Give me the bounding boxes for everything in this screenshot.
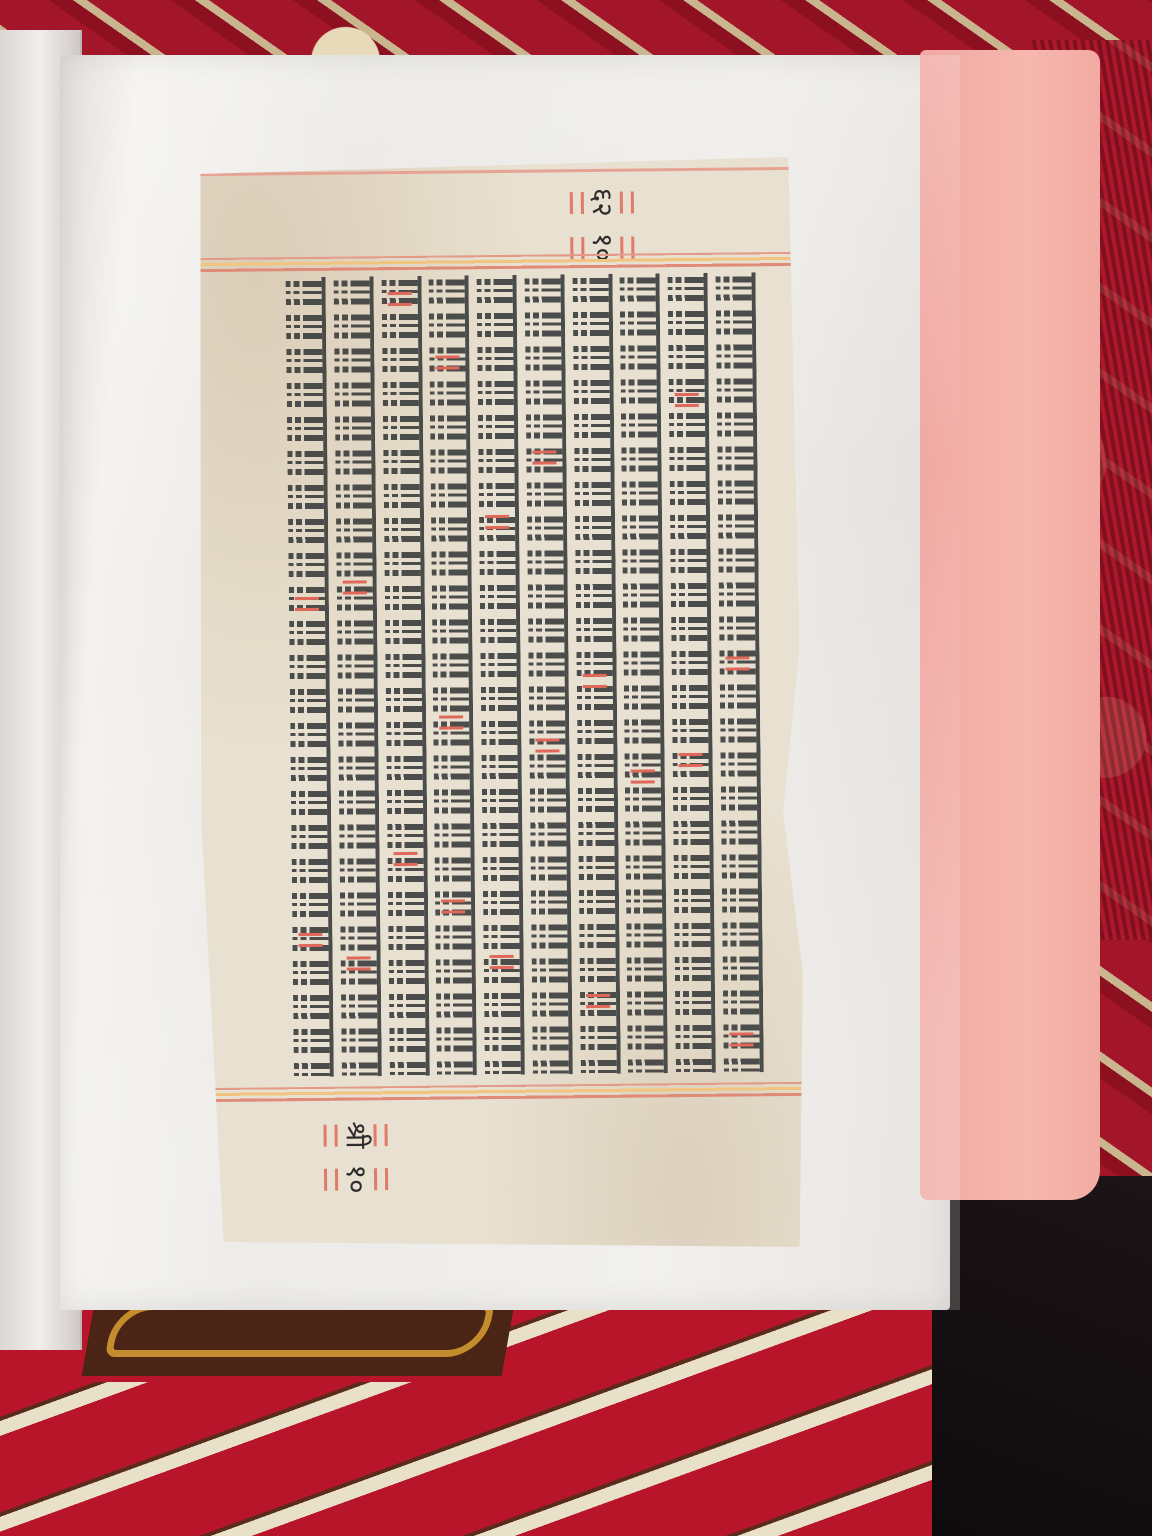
dark-cloth xyxy=(932,1176,1152,1536)
folio-number-top: ६२ १० xyxy=(566,187,639,262)
red-danda-mark xyxy=(393,852,417,866)
manuscript-line xyxy=(286,277,334,1077)
manuscript-line xyxy=(668,273,716,1073)
folio-mark-left: ६२ xyxy=(566,187,638,217)
manuscript-line xyxy=(715,272,763,1072)
red-danda-mark xyxy=(387,292,411,306)
red-danda-mark xyxy=(532,450,556,464)
handwritten-script-line xyxy=(715,272,763,1072)
handwritten-script-line xyxy=(381,276,429,1076)
red-danda-mark xyxy=(679,753,703,767)
red-danda-mark xyxy=(582,674,606,688)
red-danda-mark xyxy=(436,355,460,369)
handwritten-script-line xyxy=(620,273,668,1073)
handwritten-script-line xyxy=(524,274,572,1074)
handwritten-script-line xyxy=(429,275,477,1075)
manuscript-line xyxy=(620,273,668,1073)
red-danda-mark xyxy=(485,515,509,529)
red-danda-mark xyxy=(675,393,699,407)
folio-number-bottom: श्री १० xyxy=(319,1121,392,1194)
manuscript-line xyxy=(381,276,429,1076)
manuscript-line xyxy=(572,274,620,1074)
manuscript-line xyxy=(524,274,572,1074)
bottom-margin-rule xyxy=(204,1082,804,1102)
red-danda-mark xyxy=(490,955,514,969)
red-danda-mark xyxy=(346,956,370,970)
folio-mark-right: १० xyxy=(320,1164,392,1194)
red-danda-mark xyxy=(586,994,610,1008)
manuscript-line xyxy=(333,276,381,1076)
red-danda-mark xyxy=(439,715,463,729)
manuscript-line xyxy=(429,275,477,1075)
red-danda-mark xyxy=(729,1032,753,1046)
red-danda-mark xyxy=(342,580,366,594)
manuscript-leaf: ६२ १० श्री १० xyxy=(194,157,805,1253)
red-danda-mark xyxy=(298,933,322,947)
pink-divider-sheet xyxy=(920,50,1100,1200)
manuscript-text-block xyxy=(286,272,764,1077)
handwritten-script-line xyxy=(286,277,334,1077)
red-danda-mark xyxy=(725,656,749,670)
folio-mark-left: श्री xyxy=(319,1121,391,1149)
top-margin-rule xyxy=(195,252,795,272)
red-danda-mark xyxy=(295,597,319,611)
red-danda-mark xyxy=(535,738,559,752)
red-danda-mark xyxy=(441,899,465,913)
red-danda-mark xyxy=(631,769,655,783)
manuscript-line xyxy=(477,275,525,1075)
